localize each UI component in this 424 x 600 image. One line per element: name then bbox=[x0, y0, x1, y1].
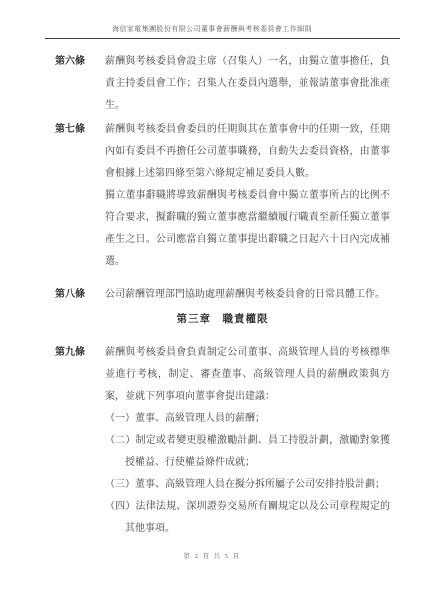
header-divider bbox=[45, 38, 400, 39]
article-9-item-list: （一）董事、高級管理人員的薪酬； （二）制定或者變更股權激勵計劃、員工持股計劃，… bbox=[105, 408, 390, 540]
article-7-body: 薪酬與考核委員會委員的任期與其在董事會中的任期一致，任期內如有委員不再擔任公司董… bbox=[105, 119, 390, 273]
article-8-label: 第八條 bbox=[55, 284, 105, 306]
article-6-text: 薪酬與考核委員會設主席（召集人）一名，由獨立董事擔任，負責主持委員會工作；召集人… bbox=[105, 51, 390, 117]
article-9-label: 第九條 bbox=[55, 342, 105, 364]
page-number-footer: 第 2 頁 共 5 頁 bbox=[0, 551, 424, 560]
article-8-body: 公司薪酬管理部門協助處理薪酬與考核委員會的日常具體工作。 bbox=[105, 284, 390, 306]
article-9: 第九條 薪酬與考核委員會負責制定公司董事、高級管理人員的考核標準並進行考核，制定… bbox=[55, 342, 390, 540]
article-7: 第七條 薪酬與考核委員會委員的任期與其在董事會中的任期一致，任期內如有委員不再擔… bbox=[55, 119, 390, 273]
document-page: 海信家電集團股份有限公司董事會薪酬與考核委員會工作細則 第六條 薪酬與考核委員會… bbox=[0, 0, 424, 600]
article-9-item-4: （四）法律法規、深圳證券交易所有關規定以及公司章程規定的其他事項。 bbox=[105, 496, 390, 540]
article-9-item-1: （一）董事、高級管理人員的薪酬； bbox=[105, 408, 390, 430]
article-8-text: 公司薪酬管理部門協助處理薪酬與考核委員會的日常具體工作。 bbox=[105, 284, 390, 306]
article-9-intro: 薪酬與考核委員會負責制定公司董事、高級管理人員的考核標準並進行考核，制定、審查董… bbox=[105, 342, 390, 408]
document-header-title: 海信家電集團股份有限公司董事會薪酬與考核委員會工作細則 bbox=[0, 0, 424, 34]
article-7-paragraph-1: 薪酬與考核委員會委員的任期與其在董事會中的任期一致，任期內如有委員不再擔任公司董… bbox=[105, 119, 390, 185]
chapter-3-heading: 第三章 職責權限 bbox=[55, 309, 390, 331]
article-6: 第六條 薪酬與考核委員會設主席（召集人）一名，由獨立董事擔任，負責主持委員會工作… bbox=[55, 51, 390, 117]
article-8: 第八條 公司薪酬管理部門協助處理薪酬與考核委員會的日常具體工作。 bbox=[55, 284, 390, 306]
article-9-body: 薪酬與考核委員會負責制定公司董事、高級管理人員的考核標準並進行考核，制定、審查董… bbox=[105, 342, 390, 540]
document-body: 第六條 薪酬與考核委員會設主席（召集人）一名，由獨立董事擔任，負責主持委員會工作… bbox=[55, 51, 390, 540]
article-7-label: 第七條 bbox=[55, 119, 105, 141]
article-6-body: 薪酬與考核委員會設主席（召集人）一名，由獨立董事擔任，負責主持委員會工作；召集人… bbox=[105, 51, 390, 117]
article-9-item-2: （二）制定或者變更股權激勵計劃、員工持股計劃，激勵對象獲授權益、行使權益條件成就… bbox=[105, 430, 390, 474]
article-6-label: 第六條 bbox=[55, 51, 105, 73]
article-7-paragraph-2: 獨立董事辭職將導致薪酬與考核委員會中獨立董事所占的比例不符合要求，擬辭職的獨立董… bbox=[105, 185, 390, 273]
article-9-item-3: （三）董事、高級管理人員在擬分拆所屬子公司安排持股計劃； bbox=[105, 474, 390, 496]
